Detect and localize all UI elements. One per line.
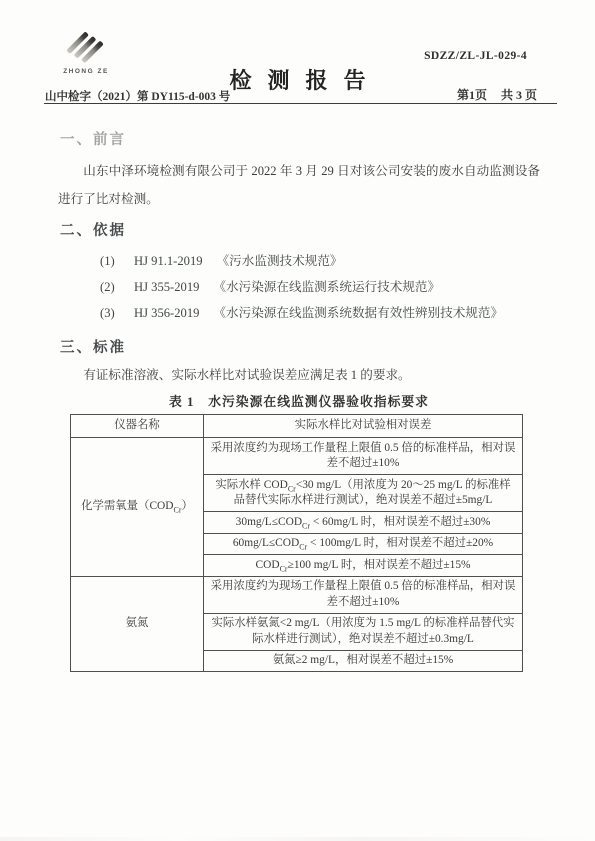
ammonia-instrument-cell: 氨氮 <box>71 576 204 672</box>
criterion-text: 30mg/L≤COD <box>236 516 302 528</box>
reference-code: HJ 355-2019 <box>134 280 199 294</box>
criterion-text: 实际水样 COD <box>215 479 287 491</box>
section-heading-standard: 三、标准 <box>60 336 540 357</box>
scan-artifact <box>0 837 595 841</box>
table-header-relative-error: 实际水样比对试验相对误差 <box>204 415 523 438</box>
cod-subscript: Cr <box>302 521 310 530</box>
table-row: 氨氮 采用浓度约为现场工作量程上限值 0.5 倍的标准样品，相对误差不超过±10… <box>71 576 523 613</box>
preface-paragraph: 山东中泽环境检测有限公司于 2022 年 3 月 29 日对该公司安装的废水自动… <box>58 157 540 213</box>
cod-criterion-cell: 30mg/L≤CODCr < 60mg/L 时，相对误差不超过±30% <box>204 512 523 534</box>
table-row: 化学需氧量（CODCr） 采用浓度约为现场工作量程上限值 0.5 倍的标准样品，… <box>71 438 523 475</box>
reference-list: (1)HJ 91.1-2019《污水监测技术规范》 (2)HJ 355-2019… <box>100 248 540 326</box>
cod-criterion-cell: 实际水样 CODCr<30 mg/L（用浓度为 20～25 mg/L 的标准样品… <box>204 475 523 512</box>
ammonia-criterion-cell: 采用浓度约为现场工作量程上限值 0.5 倍的标准样品，相对误差不超过±10% <box>204 576 523 613</box>
reference-item: (1)HJ 91.1-2019《污水监测技术规范》 <box>100 248 540 274</box>
reference-title: 《水污染源在线监测系统运行技术规范》 <box>213 280 440 294</box>
reference-title: 《污水监测技术规范》 <box>217 254 343 268</box>
page-total: 共 3 页 <box>501 88 537 102</box>
ammonia-criterion-cell: 氨氮≥2 mg/L，相对误差不超过±15% <box>204 650 523 672</box>
reference-number: (2) <box>100 274 122 300</box>
reference-code: HJ 356-2019 <box>134 306 199 320</box>
table-caption: 表 1 水污染源在线监测仪器验收指标要求 <box>58 391 540 410</box>
ammonia-criterion-cell: 实际水样氨氮<2 mg/L（用浓度为 1.5 mg/L 的标准样品替代实际水样进… <box>204 613 523 650</box>
report-title: 检测报告 <box>229 68 381 93</box>
report-body: 一、前言 山东中泽环境检测有限公司于 2022 年 3 月 29 日对该公司安装… <box>0 104 595 672</box>
page-current: 第1页 <box>457 88 487 102</box>
criterion-text: 60mg/L≤COD <box>233 537 299 549</box>
reference-code: HJ 91.1-2019 <box>134 254 203 268</box>
cod-subscript: Cr <box>280 564 288 573</box>
cod-subscript: Cr <box>288 484 296 493</box>
criterion-text: COD <box>256 559 280 571</box>
acceptance-criteria-table: 仪器名称 实际水样比对试验相对误差 化学需氧量（CODCr） 采用浓度约为现场工… <box>70 414 523 672</box>
reference-number: (1) <box>100 248 122 274</box>
reference-item: (3)HJ 356-2019《水污染源在线监测系统数据有效性辨别技术规范》 <box>100 300 540 326</box>
cod-subscript: Cr <box>174 505 182 514</box>
table-header-instrument: 仪器名称 <box>71 415 204 438</box>
cod-subscript: Cr <box>299 542 307 551</box>
section-heading-preface: 一、前言 <box>60 128 540 149</box>
page-indicator: 第1页共 3 页 <box>443 86 537 103</box>
cod-name-text: ） <box>182 500 193 512</box>
criterion-text: ≥100 mg/L 时，相对误差不超过±15% <box>288 559 471 571</box>
cod-instrument-cell: 化学需氧量（CODCr） <box>71 438 204 577</box>
criterion-text: < 60mg/L 时，相对误差不超过±30% <box>310 516 490 528</box>
report-page: ZHONG ZE SDZZ/ZL-JL-029-4 检测报告 山中检字（2021… <box>0 0 595 841</box>
criterion-text: < 100mg/L 时，相对误差不超过±20% <box>307 537 493 549</box>
reference-item: (2)HJ 355-2019《水污染源在线监测系统运行技术规范》 <box>100 274 540 300</box>
standard-paragraph: 有证标准溶液、实际水样比对试验误差应满足表 1 的要求。 <box>58 365 540 385</box>
reference-title: 《水污染源在线监测系统数据有效性辨别技术规范》 <box>213 306 503 320</box>
cod-criterion-cell: CODCr≥100 mg/L 时，相对误差不超过±15% <box>204 555 523 577</box>
section-heading-basis: 二、依据 <box>60 219 540 240</box>
reference-number: (3) <box>100 300 122 326</box>
cod-criterion-cell: 60mg/L≤CODCr < 100mg/L 时，相对误差不超过±20% <box>204 533 523 555</box>
document-code: SDZZ/ZL-JL-029-4 <box>424 50 527 62</box>
report-number: 山中检字（2021）第 DY115-d-003 号 <box>45 88 230 104</box>
cod-name-text: 化学需氧量（COD <box>81 500 173 512</box>
cod-criterion-cell: 采用浓度约为现场工作量程上限值 0.5 倍的标准样品，相对误差不超过±10% <box>204 438 523 475</box>
table-header-row: 仪器名称 实际水样比对试验相对误差 <box>71 415 523 438</box>
report-header: ZHONG ZE SDZZ/ZL-JL-029-4 检测报告 山中检字（2021… <box>0 0 595 108</box>
